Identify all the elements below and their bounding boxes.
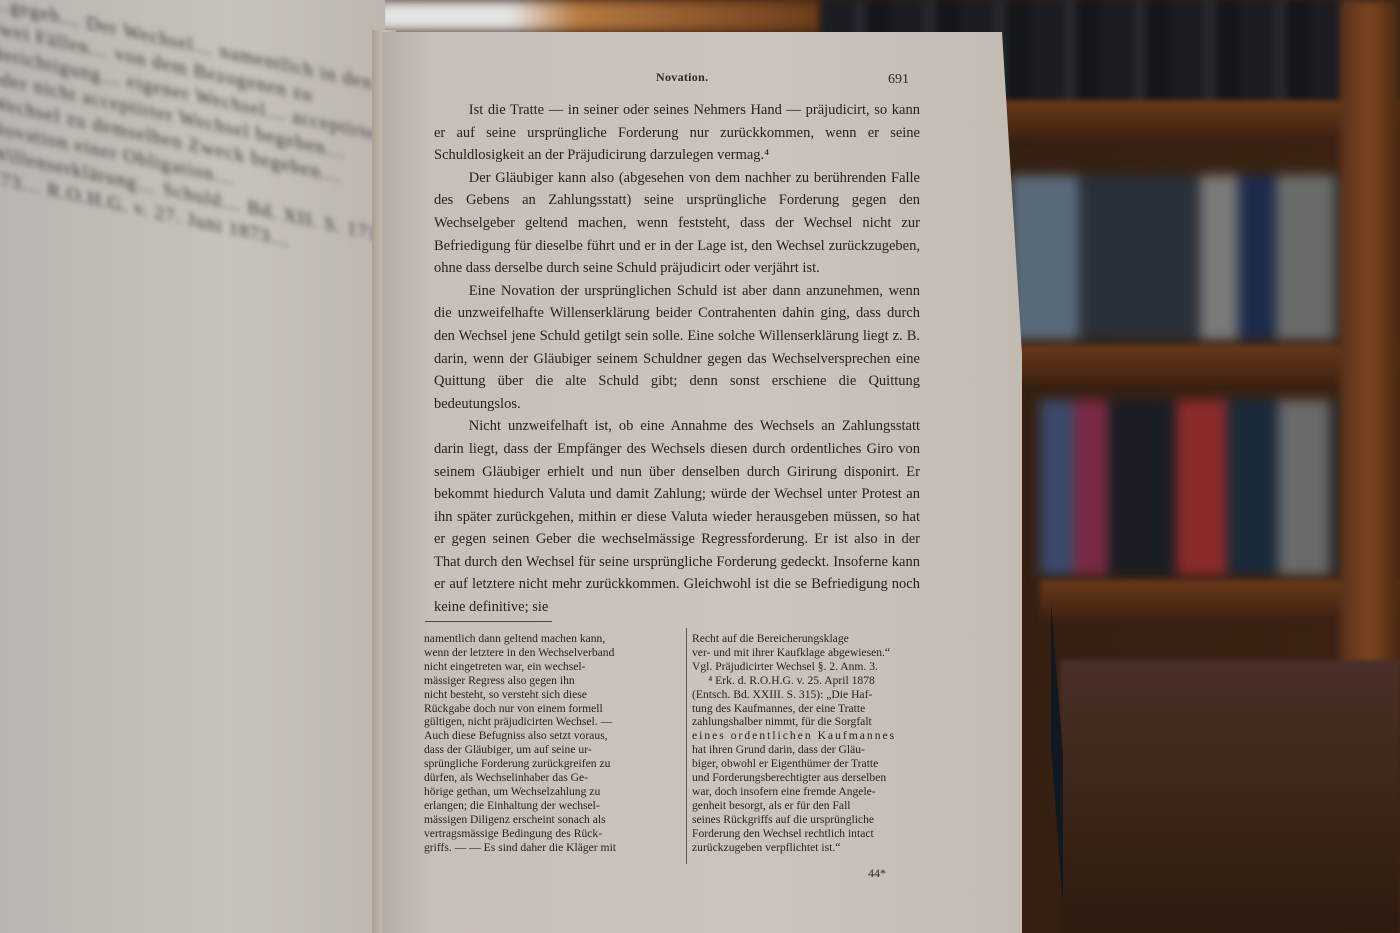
footnote-line: erlangen; die Einhaltung der wechsel-: [424, 799, 682, 813]
footnote-line: vertragsmässige Bedingung des Rück-: [424, 827, 682, 841]
signature-mark: 44*: [868, 866, 886, 881]
footnote-line: tung des Kaufmannes, der eine Tratte: [692, 702, 958, 716]
bookshelf-middle-row: [1010, 175, 1390, 340]
footnote-line: nicht besteht, so versteht sich diese: [424, 688, 682, 702]
page-number: 691: [888, 72, 909, 88]
left-page-blurred-text: …gegeb… Der Wechsel… namentlich in den z…: [0, 0, 385, 275]
paragraph: Nicht unzweifelhaft ist, ob eine Annahme…: [434, 415, 920, 618]
paragraph: Der Gläubiger kann also (abgesehen von d…: [434, 167, 920, 280]
footnote-line: hat ihren Grund darin, dass der Gläu-: [692, 743, 958, 757]
body-text: Ist die Tratte — in seiner oder seines N…: [434, 99, 920, 619]
footnote-line: Auch diese Befugniss also setzt voraus,: [424, 729, 682, 743]
footnotes-right-column: Recht auf die Bereicherungsklage ver- un…: [692, 632, 958, 855]
footnote-line: biger, obwohl er Eigenthümer der Tratte: [692, 757, 958, 771]
paragraph: Eine Novation der ursprünglichen Schuld …: [434, 280, 920, 416]
footnote-line: dürfen, als Wechselinhaber das Ge-: [424, 771, 682, 785]
footnote-line: war, doch insofern eine fremde Angele-: [692, 785, 958, 799]
footnote-line: (Entsch. Bd. XXIII. S. 315): „Die Haf-: [692, 688, 958, 702]
footnote-line: seines Rückgriffs auf die ursprüngliche: [692, 813, 958, 827]
footnote-column-divider: [686, 628, 687, 864]
footnote-line: Vgl. Präjudicirter Wechsel §. 2. Anm. 3.: [692, 660, 958, 674]
table-surface: [1060, 660, 1400, 933]
footnote-line: und Forderungsberechtigter aus derselben: [692, 771, 958, 785]
paragraph: Ist die Tratte — in seiner oder seines N…: [434, 99, 920, 167]
footnote-line: sprüngliche Forderung zurückgreifen zu: [424, 757, 682, 771]
footnote-line: ver- und mit ihrer Kaufklage abgewiesen.…: [692, 646, 958, 660]
footnote-line: dass der Gläubiger, um auf seine ur-: [424, 743, 682, 757]
footnote-line: namentlich dann geltend machen kann,: [424, 632, 682, 646]
footnote-line: gültigen, nicht präjudicirten Wechsel. —: [424, 715, 682, 729]
footnote-line: wenn der letztere in den Wechselverband: [424, 646, 682, 660]
footnote-line: Forderung den Wechsel rechtlich intact: [692, 827, 958, 841]
footnotes-left-column: namentlich dann geltend machen kann, wen…: [424, 632, 682, 855]
footnote-line: Recht auf die Bereicherungsklage: [692, 632, 958, 646]
footnote-line: hörige gethan, um Wechselzahlung zu: [424, 785, 682, 799]
left-page: …gegeb… Der Wechsel… namentlich in den z…: [0, 0, 385, 933]
footnote-line: zurückzugeben verpflichtet ist.“: [692, 841, 958, 855]
footnote-rule: [425, 621, 552, 622]
footnote-line: zahlungshalber nimmt, für die Sorgfalt: [692, 715, 958, 729]
footnote-line: griffs. — — Es sind daher die Kläger mit: [424, 841, 682, 855]
bookshelf-upright: [1340, 0, 1400, 670]
footnote-line: Rückgabe doch nur von einem formell: [424, 702, 682, 716]
footnote-line: nicht eingetreten war, ein wechsel-: [424, 660, 682, 674]
background-light: [375, 0, 825, 32]
running-head: Novation.: [656, 70, 708, 85]
footnote-line: mässiger Regress also gegen ihn: [424, 674, 682, 688]
footnote-line: eines ordentlichen Kaufmannes: [692, 729, 958, 743]
footnote-line: ⁴ Erk. d. R.O.H.G. v. 25. April 1878: [692, 674, 958, 688]
footnote-line: genheit besorgt, als er für den Fall: [692, 799, 958, 813]
footnote-line: mässigen Diligenz erscheint sonach als: [424, 813, 682, 827]
bookshelf-lower-row: [1040, 400, 1380, 575]
